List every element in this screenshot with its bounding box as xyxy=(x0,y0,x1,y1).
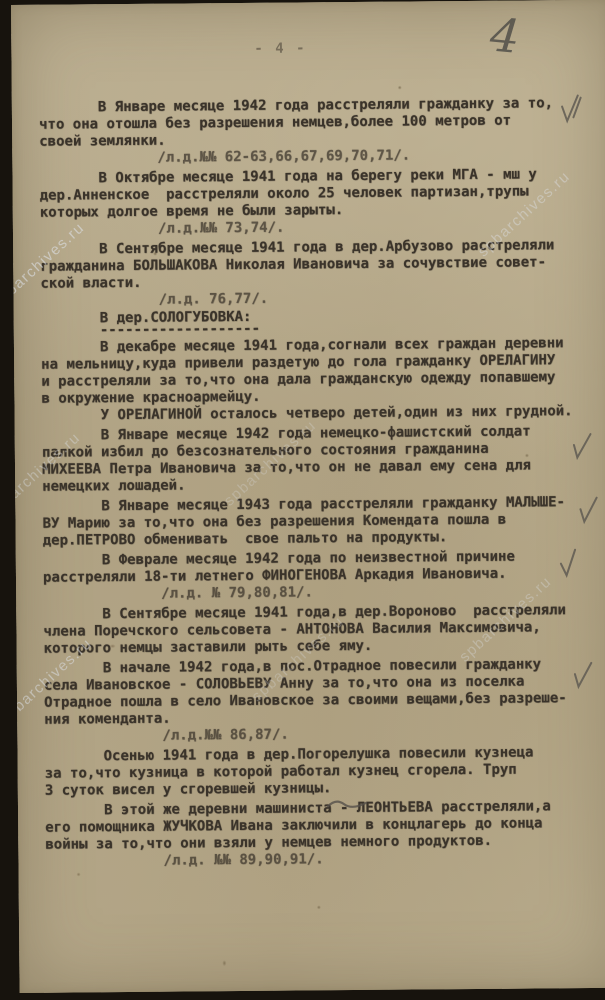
section-heading-sologubovka: В дер.СОЛОГУБОВКА: ------------------- xyxy=(41,308,601,337)
text-line: которого немцы заставили рыть себе яму. xyxy=(44,636,604,658)
scanned-document-page: - 4 - 4 В Январе месяце 1942 года расстр… xyxy=(11,0,605,993)
text-line: 3 суток висел у сгоревшей кузницы. xyxy=(45,778,605,800)
text-line: /л.д.№№ 73,74/. xyxy=(40,217,600,239)
para-solovyova-1942: В начале 1942 года,в пос.Отрадное повеси… xyxy=(44,656,605,746)
text-line: немецких лошадей. xyxy=(42,474,602,496)
typed-page-number: - 4 - xyxy=(254,40,306,57)
para-antonov-sep-1941: В Сентябре месяце 1941 года,в дер.Вороно… xyxy=(43,602,603,658)
para-shooting-jan-1942: В Январе месяце 1942 года расстреляли гр… xyxy=(39,95,600,168)
text-line: /л.д. №№ 89,90,91/. xyxy=(45,849,605,871)
document-text: В Январе месяце 1942 года расстреляли гр… xyxy=(39,95,605,874)
handwritten-page-number: 4 xyxy=(488,11,522,60)
text-line: /л.д. № 79,80,81/. xyxy=(43,582,603,604)
text-line: /л.д. 76,77/. xyxy=(41,288,601,310)
text-line: У ОРЕЛАГИНОЙ осталось четверо детей,один… xyxy=(42,403,602,425)
para-blacksmith-autumn-1941: Осенью 1941 года в дер.Погорелушка повес… xyxy=(44,744,604,800)
para-partisans-oct-1941: В Октябре месяце 1941 года на берегу рек… xyxy=(39,166,600,239)
para-leontyev-zhuchkov: В этой же деревни машиниста - ЛЕОНТЬЕВА … xyxy=(45,798,605,871)
text-line: /л.д.№№ 62-63,66,67,69,70,71/. xyxy=(39,146,599,168)
para-orelagina-dec-1941: В декабре месяце 1941 года,согнали всех … xyxy=(41,335,602,425)
para-malysheva-jan-1943: В Январе месяце 1943 года расстреляли гр… xyxy=(42,494,602,550)
para-finogenov-feb-1942: В Феврале месяце 1942 года по неизвестно… xyxy=(43,548,603,604)
text-line: ------------------- xyxy=(41,320,601,337)
para-bolshakov-sep-1941: В Сентябре месяце 1941 года в дер.Арбузо… xyxy=(40,237,601,310)
para-mikheev-jan-1942: В Январе месяце 1942 года немецко-фашист… xyxy=(42,423,603,496)
text-line: дер.ПЕТРОВО обменивать свое пальто на пр… xyxy=(43,528,603,550)
text-line: /л.д.№№ 86,87/. xyxy=(44,724,604,746)
